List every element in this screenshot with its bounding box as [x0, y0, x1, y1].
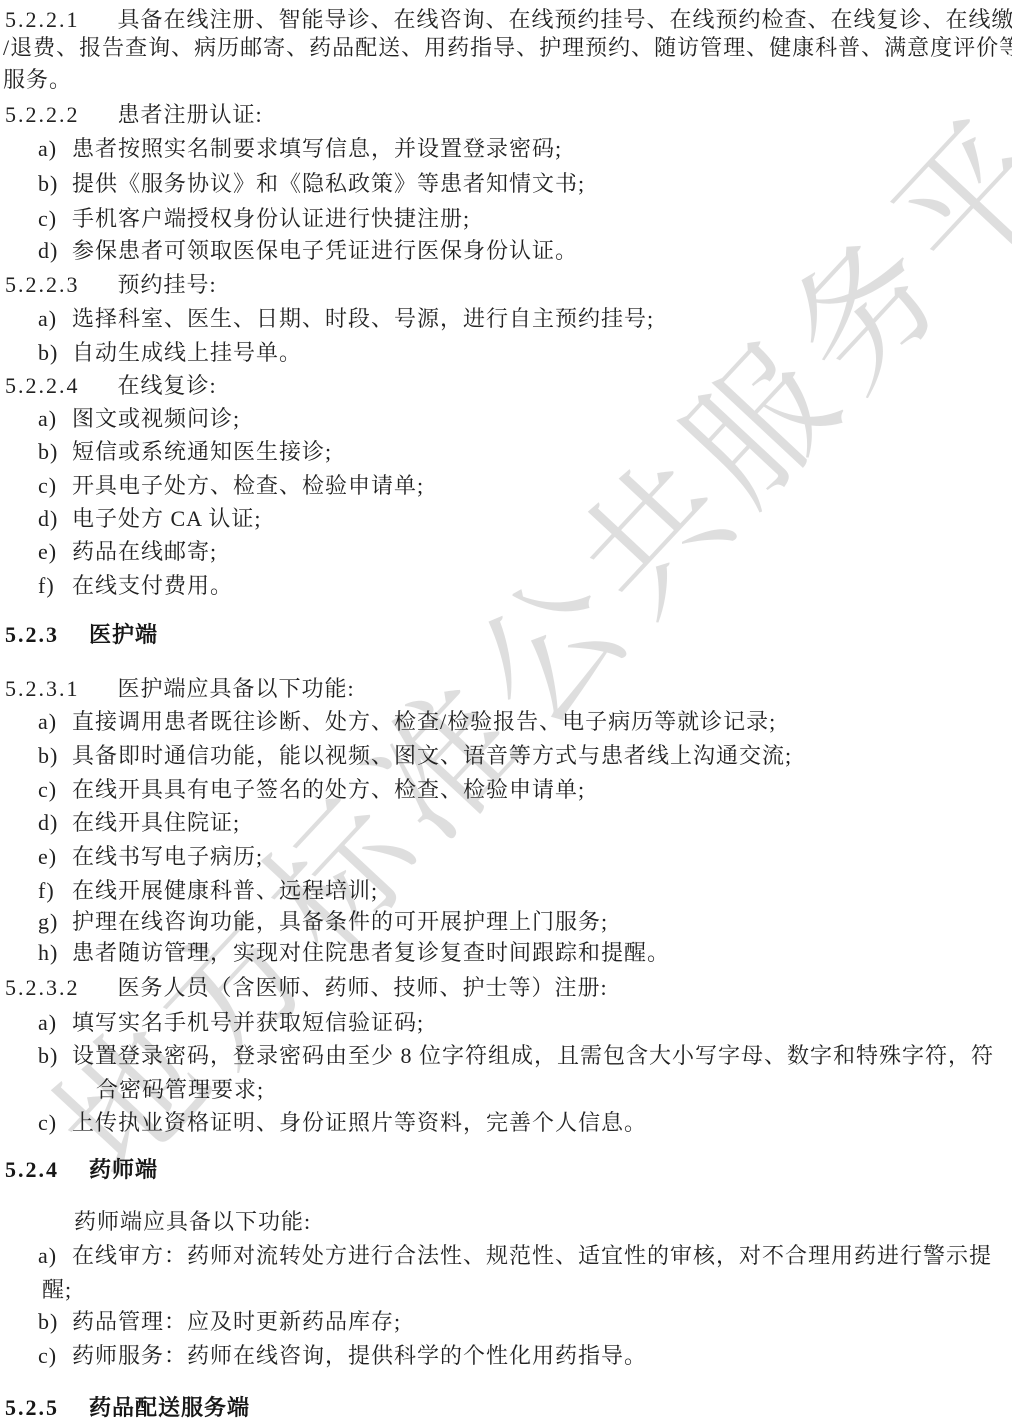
- item-5.2.2.3-a: a)选择科室、医生、日期、时段、号源，进行自主预约挂号;: [0, 305, 1012, 332]
- clause-title: 在线复诊:: [118, 373, 217, 398]
- document-page: 地方标准公共服务平台 5.2.2.1具备在线注册、智能导诊、在线咨询、在线预约挂…: [0, 0, 1012, 1422]
- item-letter: b): [38, 170, 72, 197]
- clause-text: 服务。: [3, 67, 72, 92]
- item-5.2.3.2-b: b)设置登录密码，登录密码由至少 8 位字符组成，且需包含大小写字母、数字和特殊…: [0, 1042, 1012, 1069]
- item-text: 直接调用患者既往诊断、处方、检查/检验报告、电子病历等就诊记录;: [72, 709, 776, 734]
- item-text: 填写实名手机号并获取短信验证码;: [72, 1010, 424, 1035]
- item-letter: f): [38, 572, 72, 599]
- heading-text: 医护端: [89, 622, 158, 647]
- clause-5.2.2.4: 5.2.2.4在线复诊:: [0, 372, 1012, 399]
- item-text: 自动生成线上挂号单。: [72, 340, 302, 365]
- clause-5.2.2.1-line2: /退费、报告查询、病历邮寄、药品配送、用药指导、护理预约、随访管理、健康科普、满…: [0, 34, 1012, 61]
- item-5.2.2.4-f: f)在线支付费用。: [0, 572, 1012, 599]
- item-text: 在线开具具有电子签名的处方、检查、检验申请单;: [72, 777, 585, 802]
- item-letter: b): [38, 1308, 72, 1335]
- clause-number: 5.2.3.2: [5, 974, 80, 1001]
- clause-title: 患者注册认证:: [118, 102, 263, 127]
- heading-5.2.5: 5.2.5药品配送服务端: [0, 1394, 1012, 1421]
- clause-number: 5.2.2.2: [5, 101, 80, 128]
- clause-title: 医护端应具备以下功能:: [118, 676, 355, 701]
- item-text: 在线书写电子病历;: [72, 844, 263, 869]
- item-5.2.3.1-f: f)在线开展健康科普、远程培训;: [0, 877, 1012, 904]
- item-5.2.2.4-c: c)开具电子处方、检查、检验申请单;: [0, 472, 1012, 499]
- item-5.2.4-a-continued: 醒;: [0, 1276, 1012, 1303]
- clause-5.2.3.1: 5.2.3.1医护端应具备以下功能:: [0, 675, 1012, 702]
- item-letter: c): [38, 1109, 72, 1136]
- item-text: 图文或视频问诊;: [72, 406, 240, 431]
- heading-text: 药师端: [89, 1157, 158, 1182]
- item-5.2.3.1-b: b)具备即时通信功能，能以视频、图文、语音等方式与患者线上沟通交流;: [0, 742, 1012, 769]
- item-text: 药品在线邮寄;: [72, 539, 217, 564]
- item-letter: a): [38, 135, 72, 162]
- clause-5.2.2.3: 5.2.2.3预约挂号:: [0, 271, 1012, 298]
- item-text: 患者随访管理，实现对住院患者复诊复查时间跟踪和提醒。: [72, 940, 670, 965]
- item-text: 手机客户端授权身份认证进行快捷注册;: [72, 206, 470, 231]
- item-5.2.3.2-b-continued: 合密码管理要求;: [0, 1076, 1012, 1103]
- item-letter: f): [38, 877, 72, 904]
- item-letter: a): [38, 305, 72, 332]
- item-text: 设置登录密码，登录密码由至少 8 位字符组成，且需包含大小写字母、数字和特殊字符…: [72, 1043, 994, 1068]
- item-5.2.2.2-a: a)患者按照实名制要求填写信息，并设置登录密码;: [0, 135, 1012, 162]
- item-text: 在线开展健康科普、远程培训;: [72, 878, 378, 903]
- item-text: 具备即时通信功能，能以视频、图文、语音等方式与患者线上沟通交流;: [72, 743, 792, 768]
- item-5.2.3.2-a: a)填写实名手机号并获取短信验证码;: [0, 1009, 1012, 1036]
- item-text: 参保患者可领取医保电子凭证进行医保身份认证。: [72, 238, 578, 263]
- clause-title: 预约挂号:: [118, 272, 217, 297]
- item-5.2.3.1-e: e)在线书写电子病历;: [0, 843, 1012, 870]
- item-text: 电子处方 CA 认证;: [72, 506, 261, 531]
- item-text: 患者按照实名制要求填写信息，并设置登录密码;: [72, 136, 562, 161]
- clause-5.2.2.1-line3: 服务。: [0, 66, 1012, 93]
- paragraph-text: 药师端应具备以下功能:: [74, 1209, 311, 1234]
- item-5.2.3.1-h: h)患者随访管理，实现对住院患者复诊复查时间跟踪和提醒。: [0, 939, 1012, 966]
- item-letter: e): [38, 538, 72, 565]
- item-text: 护理在线咨询功能，具备条件的可开展护理上门服务;: [72, 909, 608, 934]
- item-text: 药师服务：药师在线咨询，提供科学的个性化用药指导。: [72, 1343, 647, 1368]
- item-5.2.3.2-c: c)上传执业资格证明、身份证照片等资料，完善个人信息。: [0, 1109, 1012, 1136]
- item-5.2.3.1-c: c)在线开具具有电子签名的处方、检查、检验申请单;: [0, 776, 1012, 803]
- heading-5.2.3: 5.2.3医护端: [0, 621, 1012, 648]
- item-text: 在线开具住院证;: [72, 810, 240, 835]
- item-text: 选择科室、医生、日期、时段、号源，进行自主预约挂号;: [72, 306, 654, 331]
- item-text: 醒;: [42, 1277, 72, 1302]
- item-5.2.4-a: a)在线审方：药师对流转处方进行合法性、规范性、适宜性的审核，对不合理用药进行警…: [0, 1242, 1012, 1269]
- item-letter: d): [38, 809, 72, 836]
- clause-number: 5.2.2.4: [5, 372, 80, 399]
- item-letter: g): [38, 908, 72, 935]
- item-letter: b): [38, 438, 72, 465]
- item-5.2.2.2-d: d)参保患者可领取医保电子凭证进行医保身份认证。: [0, 237, 1012, 264]
- item-5.2.4-b: b)药品管理：应及时更新药品库存;: [0, 1308, 1012, 1335]
- item-5.2.2.4-d: d)电子处方 CA 认证;: [0, 505, 1012, 532]
- item-letter: a): [38, 405, 72, 432]
- item-text: 开具电子处方、检查、检验申请单;: [72, 473, 424, 498]
- clause-number: 5.2.2.1: [5, 6, 80, 33]
- clause-5.2.2.2: 5.2.2.2患者注册认证:: [0, 101, 1012, 128]
- clause-number: 5.2.5: [5, 1394, 59, 1421]
- item-text: 上传执业资格证明、身份证照片等资料，完善个人信息。: [72, 1110, 647, 1135]
- item-letter: c): [38, 205, 72, 232]
- item-5.2.2.4-e: e)药品在线邮寄;: [0, 538, 1012, 565]
- item-5.2.3.1-a: a)直接调用患者既往诊断、处方、检查/检验报告、电子病历等就诊记录;: [0, 708, 1012, 735]
- item-letter: e): [38, 843, 72, 870]
- item-letter: b): [38, 339, 72, 366]
- clause-5.2.2.1-line1: 5.2.2.1具备在线注册、智能导诊、在线咨询、在线预约挂号、在线预约检查、在线…: [0, 6, 1012, 33]
- clause-text: /退费、报告查询、病历邮寄、药品配送、用药指导、护理预约、随访管理、健康科普、满…: [3, 35, 1012, 60]
- item-text: 短信或系统通知医生接诊;: [72, 439, 332, 464]
- clause-5.2.4-intro: 药师端应具备以下功能:: [0, 1208, 1012, 1235]
- clause-text: 具备在线注册、智能导诊、在线咨询、在线预约挂号、在线预约检查、在线复诊、在线缴费: [118, 7, 1012, 32]
- item-text: 提供《服务协议》和《隐私政策》等患者知情文书;: [72, 171, 585, 196]
- item-text: 药品管理：应及时更新药品库存;: [72, 1309, 401, 1334]
- clause-number: 5.2.3.1: [5, 675, 80, 702]
- clause-number: 5.2.2.3: [5, 271, 80, 298]
- item-letter: a): [38, 1242, 72, 1269]
- item-letter: c): [38, 472, 72, 499]
- clause-5.2.3.2: 5.2.3.2医务人员（含医师、药师、技师、护士等）注册:: [0, 974, 1012, 1001]
- heading-5.2.4: 5.2.4药师端: [0, 1156, 1012, 1183]
- item-5.2.2.4-b: b)短信或系统通知医生接诊;: [0, 438, 1012, 465]
- item-letter: c): [38, 776, 72, 803]
- item-letter: b): [38, 1042, 72, 1069]
- clause-number: 5.2.4: [5, 1156, 59, 1183]
- item-letter: a): [38, 1009, 72, 1036]
- item-letter: h): [38, 939, 72, 966]
- item-5.2.2.2-c: c)手机客户端授权身份认证进行快捷注册;: [0, 205, 1012, 232]
- item-5.2.2.3-b: b)自动生成线上挂号单。: [0, 339, 1012, 366]
- item-letter: d): [38, 505, 72, 532]
- item-5.2.2.4-a: a)图文或视频问诊;: [0, 405, 1012, 432]
- item-5.2.3.1-d: d)在线开具住院证;: [0, 809, 1012, 836]
- item-text: 合密码管理要求;: [96, 1077, 264, 1102]
- item-5.2.3.1-g: g)护理在线咨询功能，具备条件的可开展护理上门服务;: [0, 908, 1012, 935]
- item-letter: a): [38, 708, 72, 735]
- item-5.2.4-c: c)药师服务：药师在线咨询，提供科学的个性化用药指导。: [0, 1342, 1012, 1369]
- clause-title: 医务人员（含医师、药师、技师、护士等）注册:: [118, 975, 608, 1000]
- item-5.2.2.2-b: b)提供《服务协议》和《隐私政策》等患者知情文书;: [0, 170, 1012, 197]
- item-text: 在线支付费用。: [72, 573, 233, 598]
- clause-number: 5.2.3: [5, 621, 59, 648]
- item-text: 在线审方：药师对流转处方进行合法性、规范性、适宜性的审核，对不合理用药进行警示提: [72, 1243, 992, 1268]
- heading-text: 药品配送服务端: [89, 1395, 250, 1420]
- item-letter: c): [38, 1342, 72, 1369]
- item-letter: b): [38, 742, 72, 769]
- item-letter: d): [38, 237, 72, 264]
